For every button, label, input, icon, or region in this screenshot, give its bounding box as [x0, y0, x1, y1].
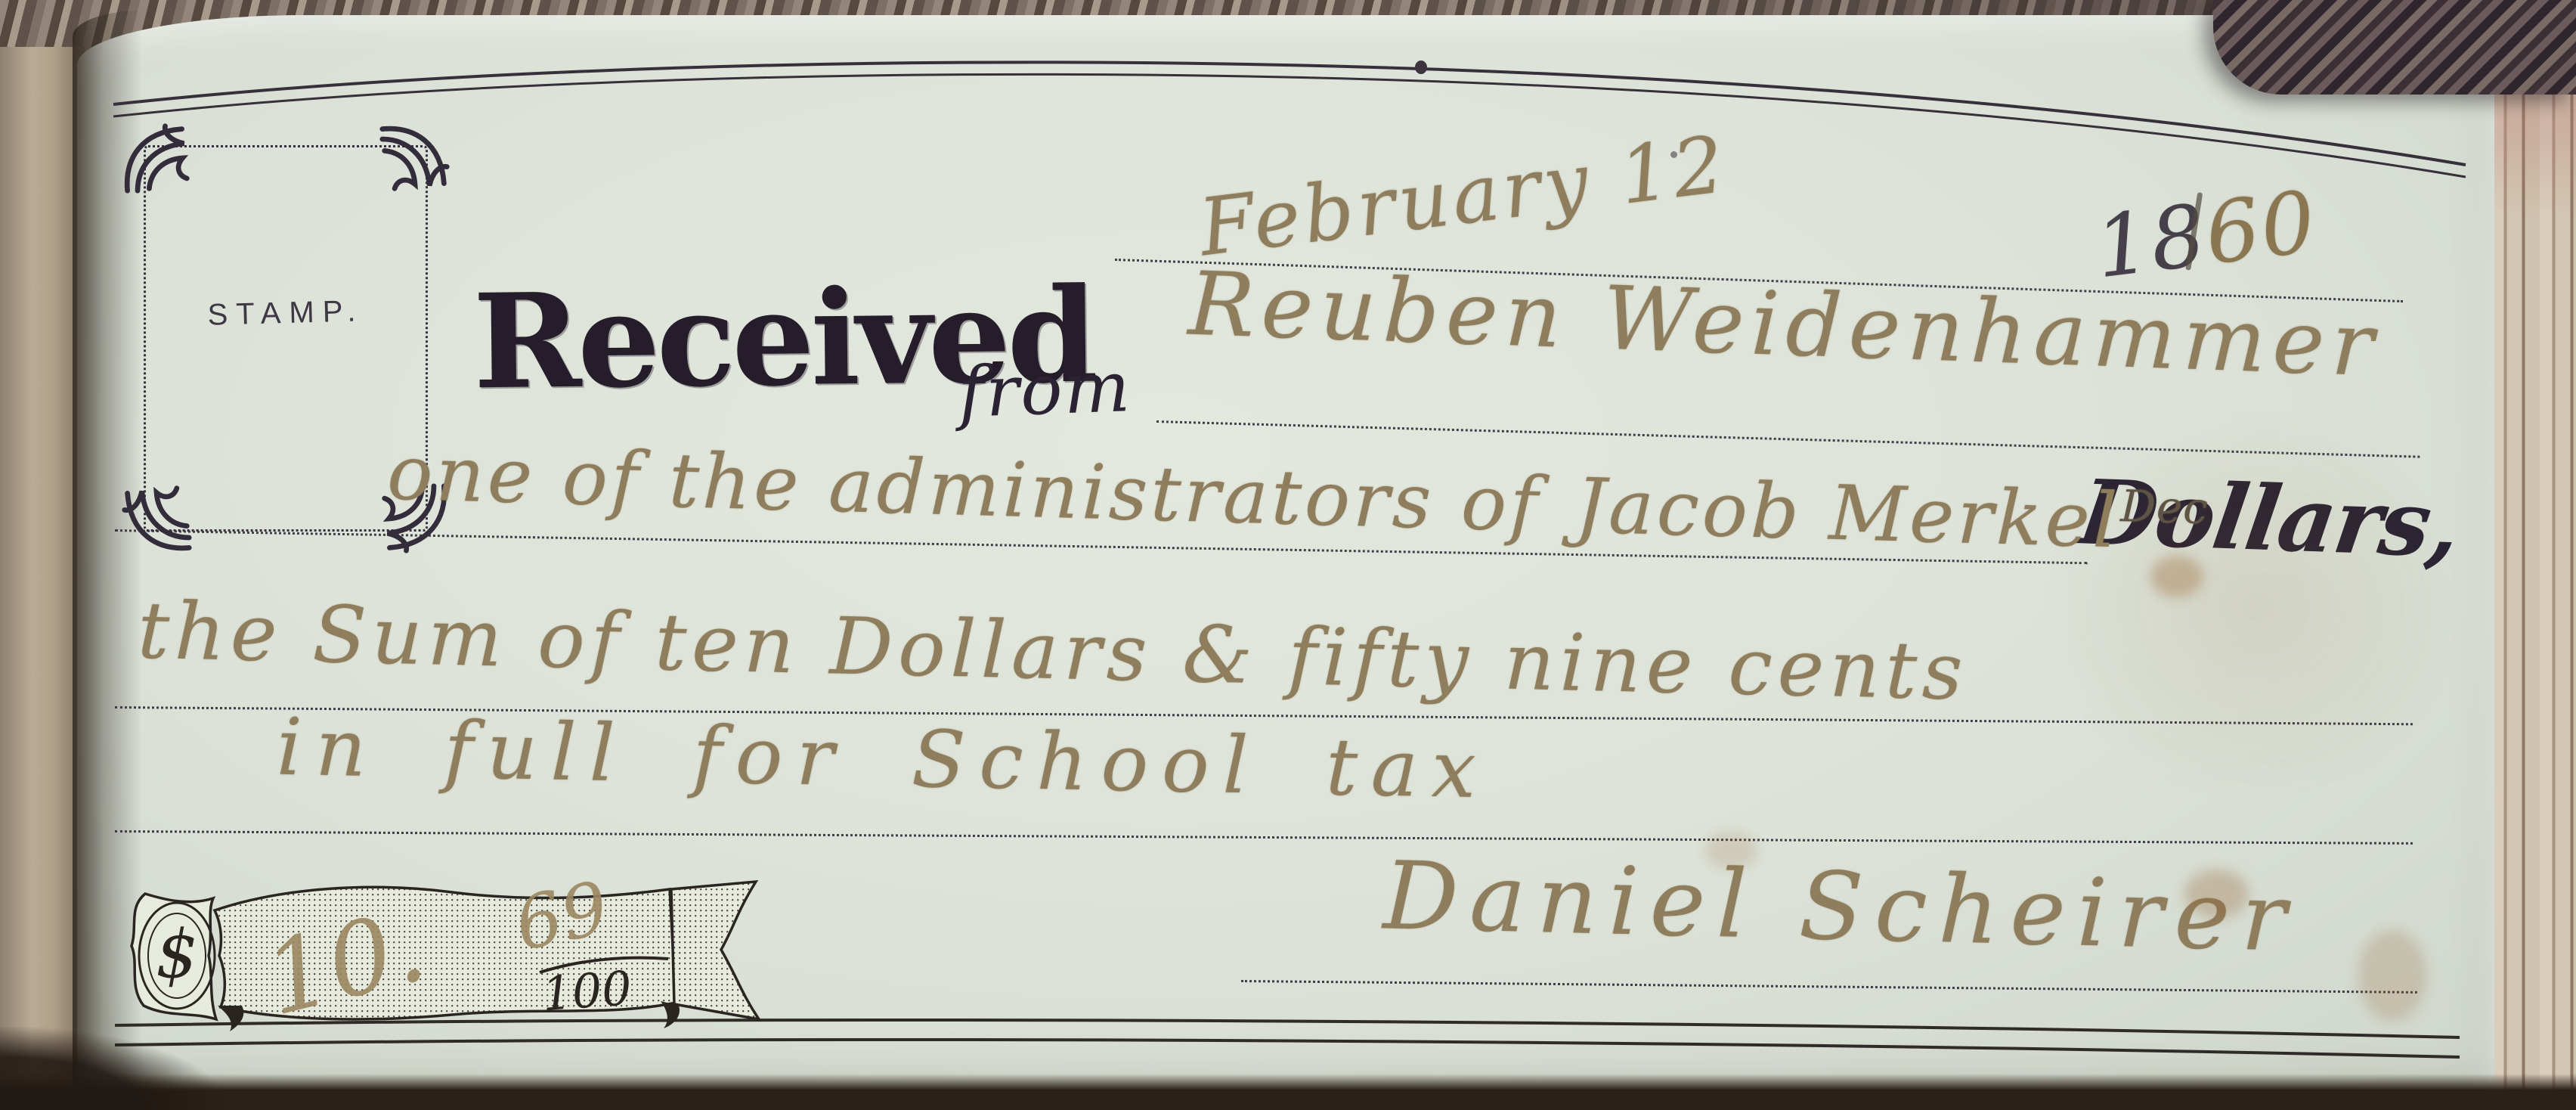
receipt-content: STAMP. Received from Dollars, February 1…	[0, 0, 2576, 1110]
stamp-box: STAMP.	[144, 145, 428, 532]
dollar-monogram-icon: $	[156, 915, 198, 993]
ink-blot	[1415, 60, 1427, 74]
cents-denominator: 100	[540, 960, 633, 1022]
photo-of-receipt-book: STAMP. Received from Dollars, February 1…	[0, 0, 2576, 1110]
ink-blot	[1670, 151, 1677, 158]
corner-flourish-icon	[379, 122, 451, 194]
estate-name-handwriting: Jacob Merkel	[1574, 461, 2122, 565]
fabric-top-right-corner	[2213, 0, 2576, 95]
from-label: from	[957, 346, 1132, 433]
bottom-edge-shadow	[0, 1074, 2576, 1110]
deceased-superscript: Dec	[2119, 480, 2209, 534]
stamp-label: STAMP.	[145, 293, 426, 334]
corner-flourish-icon	[120, 122, 193, 194]
signature-handwriting: Daniel Scheirer	[1382, 842, 2299, 973]
year-written-digits: 60	[2200, 173, 2322, 284]
bottom-left-shadow	[0, 1027, 227, 1110]
amount-ribbon-banner: $ 100 10. 69	[122, 867, 772, 1037]
corner-flourish-icon	[120, 482, 193, 555]
